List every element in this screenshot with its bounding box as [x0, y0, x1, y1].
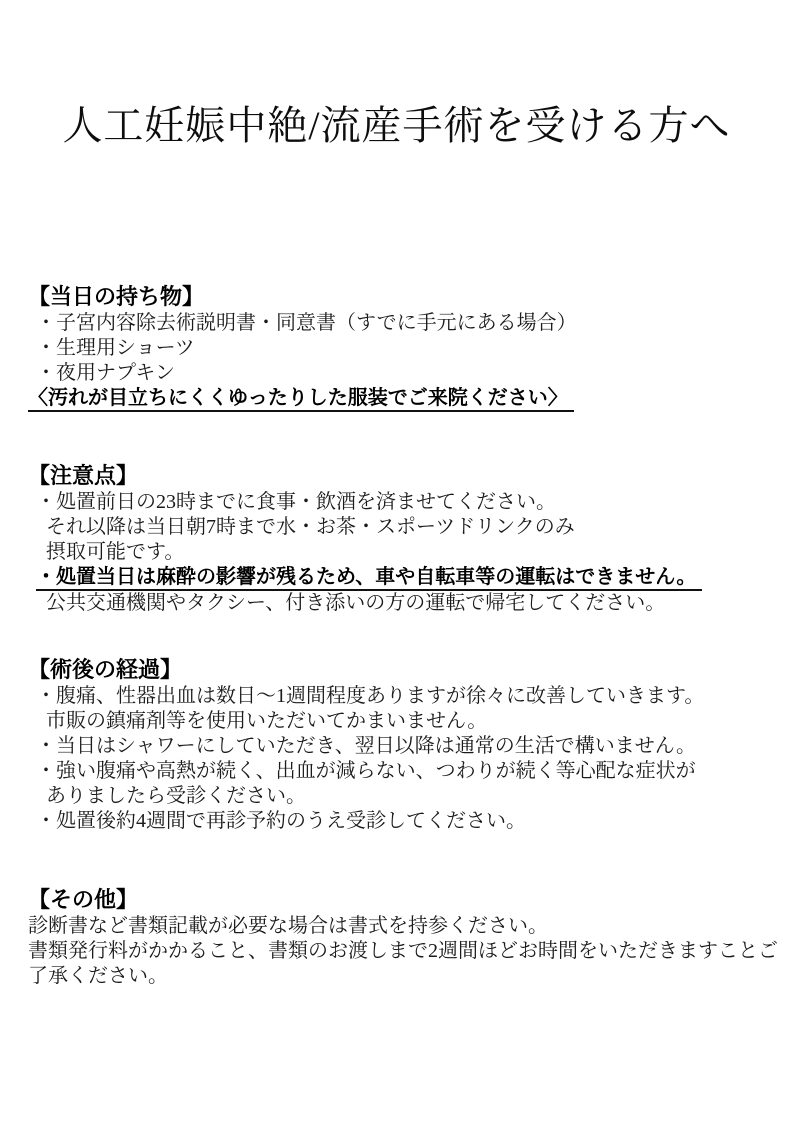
section-heading-others: 【その他】: [0, 886, 793, 914]
list-item: ・当日はシャワーにしていただき、翌日以降は通常の生活で構いません。: [0, 734, 793, 759]
list-item: ・処置後約4週間で再診予約のうえ受診してください。: [0, 809, 793, 834]
clothing-advice-note: 〈汚れが目立ちにくくゆったりした服装でご来院ください〉: [0, 386, 793, 412]
list-item-continuation: 摂取可能です。: [0, 540, 793, 565]
section-postoperative-course: 【術後の経過】 ・腹痛、性器出血は数日～1週間程度ありますが徐々に改善していきま…: [0, 656, 793, 834]
list-item: ・夜用ナプキン: [0, 361, 793, 386]
section-heading-items-to-bring: 【当日の持ち物】: [0, 283, 793, 311]
note-line: 書類発行料がかかること、書類のお渡しまで2週間ほどお時間をいただきますことご: [0, 939, 793, 964]
section-heading-precautions: 【注意点】: [0, 462, 793, 490]
section-heading-postoperative-course: 【術後の経過】: [0, 656, 793, 684]
list-item-continuation: 市販の鎮痛剤等を使用いただいてかまいません。: [0, 709, 793, 734]
list-item: ・子宮内容除去術説明書・同意書（すでに手元にある場合）: [0, 311, 793, 336]
note-line: 了承ください。: [0, 964, 793, 989]
note-line: 診断書など書類記載が必要な場合は書式を持参ください。: [0, 914, 793, 939]
section-precautions: 【注意点】 ・処置前日の23時までに食事・飲酒を済ませてください。 それ以降は当…: [0, 462, 793, 616]
section-items-to-bring: 【当日の持ち物】 ・子宮内容除去術説明書・同意書（すでに手元にある場合） ・生理…: [0, 283, 793, 412]
section-others: 【その他】 診断書など書類記載が必要な場合は書式を持参ください。 書類発行料がか…: [0, 886, 793, 989]
list-item: ・強い腹痛や高熱が続く、出血が減らない、つわりが続く等心配な症状が: [0, 759, 793, 784]
list-item: ・腹痛、性器出血は数日～1週間程度ありますが徐々に改善していきます。: [0, 684, 793, 709]
page-title: 人工妊娠中絶/流産手術を受ける方へ: [0, 0, 793, 152]
underlined-emphasis-text: ・処置当日は麻酔の影響が残るため、車や自転車等の運転はできません。: [36, 566, 702, 591]
list-item: ・生理用ショーツ: [0, 336, 793, 361]
list-item-continuation: それ以降は当日朝7時まで水・お茶・スポーツドリンクのみ: [0, 515, 793, 540]
list-item: ・処置前日の23時までに食事・飲酒を済ませてください。: [0, 490, 793, 515]
document-page: 人工妊娠中絶/流産手術を受ける方へ 【当日の持ち物】 ・子宮内容除去術説明書・同…: [0, 0, 793, 1121]
list-item-continuation: ありましたら受診ください。: [0, 784, 793, 809]
list-item-continuation: 公共交通機関やタクシー、付き添いの方の運転で帰宅してください。: [0, 591, 793, 616]
underlined-emphasis-text: 〈汚れが目立ちにくくゆったりした服装でご来院ください〉: [28, 387, 574, 412]
driving-warning-note: ・処置当日は麻酔の影響が残るため、車や自転車等の運転はできません。: [0, 565, 793, 591]
